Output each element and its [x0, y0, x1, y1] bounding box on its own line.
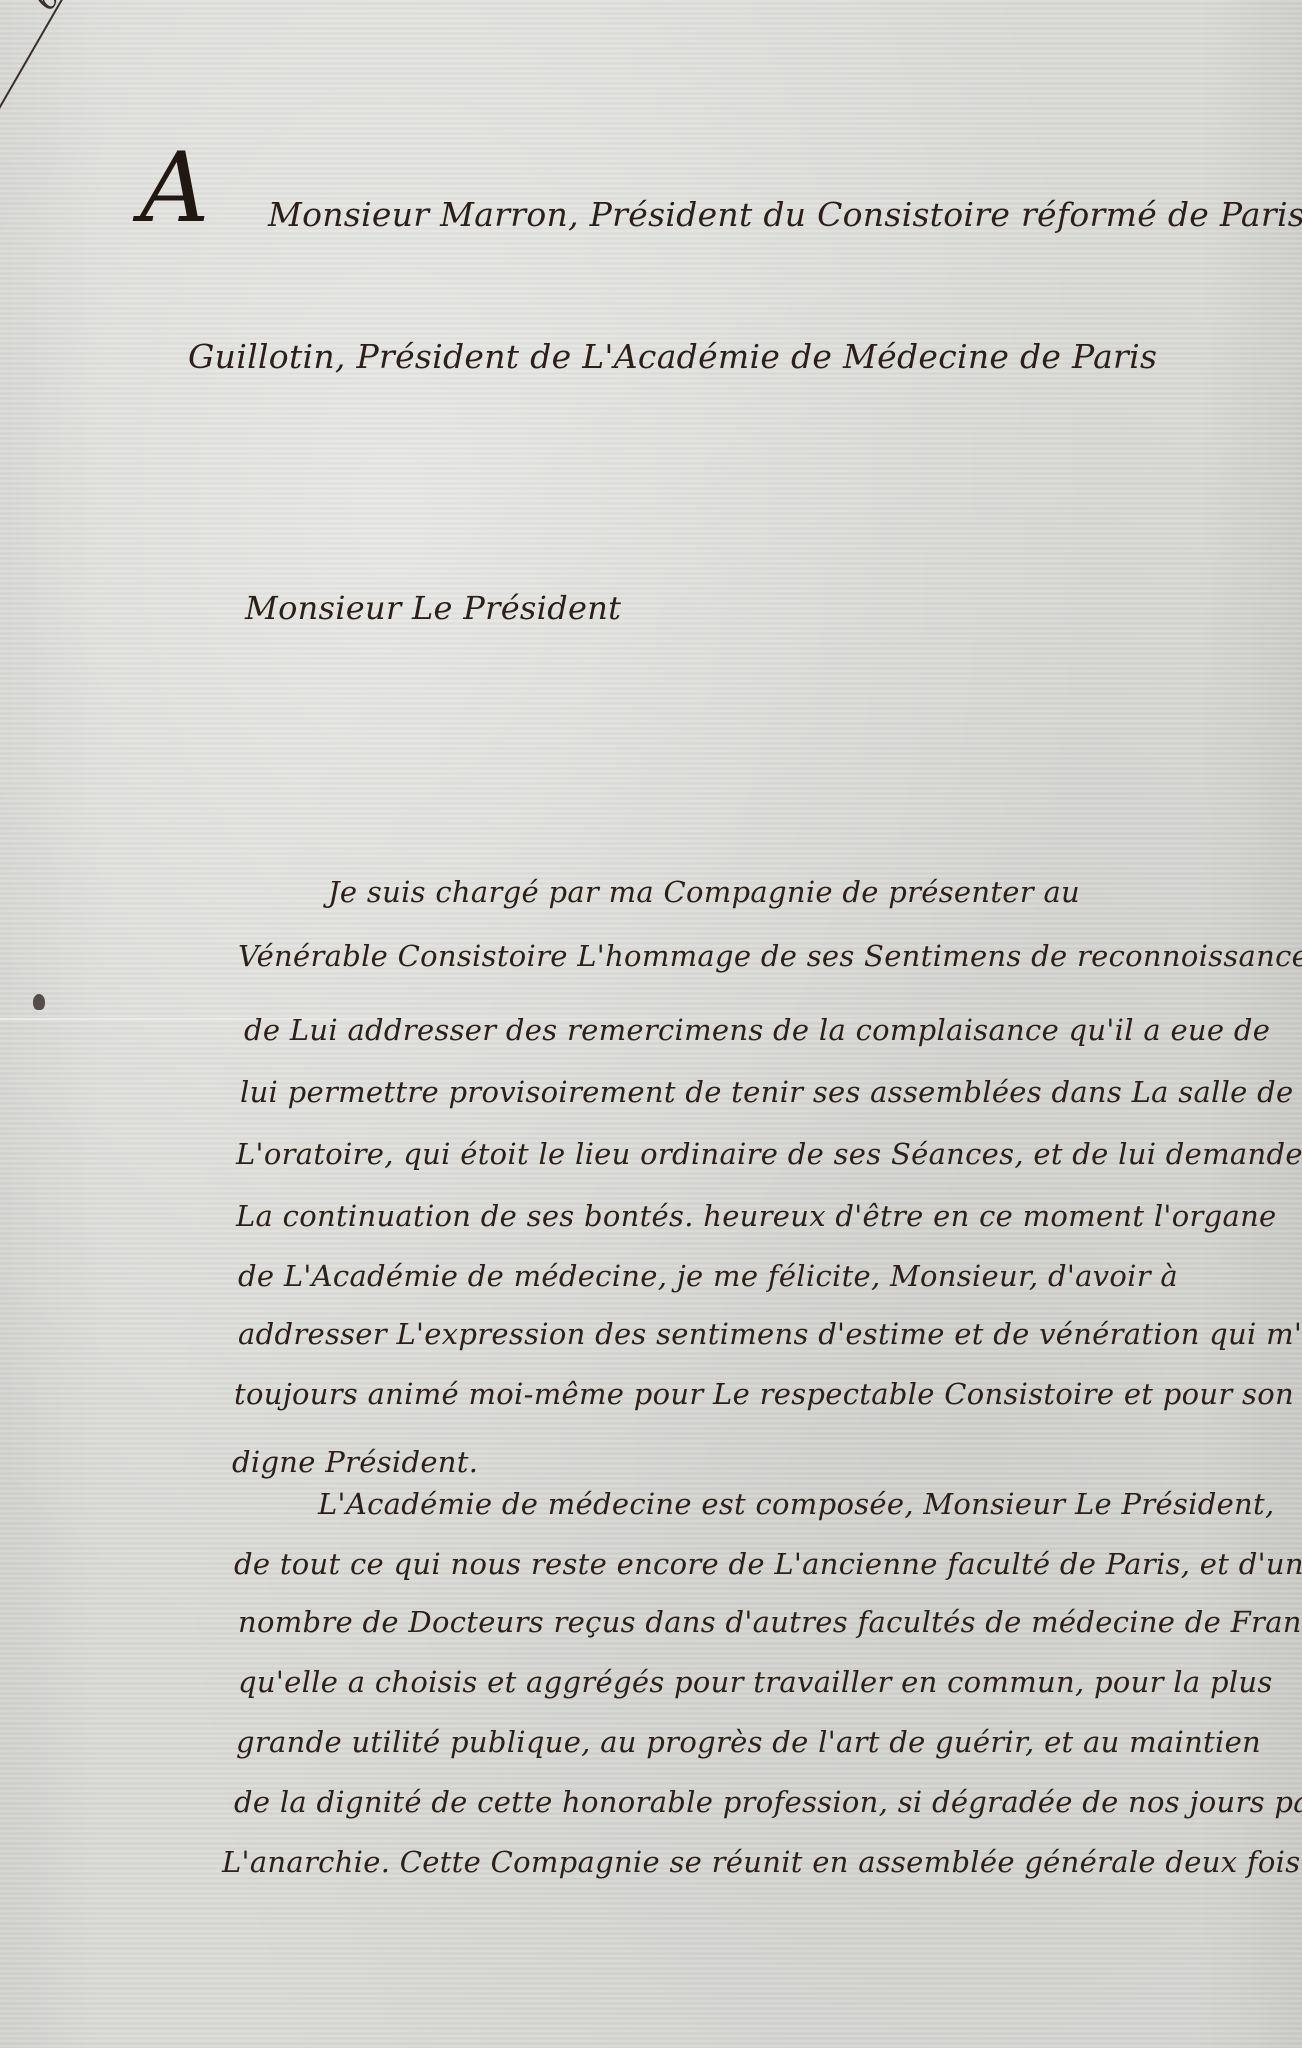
address-initial-letter: A [140, 140, 209, 236]
body-line: L'anarchie. Cette Compagnie se réunit en… [222, 1848, 1300, 1877]
body-line: Vénérable Consistoire L'hommage de ses S… [238, 942, 1302, 971]
body-line: grande utilité publique, au progrès de l… [236, 1728, 1261, 1757]
body-line: de tout ce qui nous reste encore de L'an… [234, 1550, 1302, 1579]
address-line-recipient: Monsieur Marron, Président du Consistoir… [268, 198, 1302, 231]
folio-number: 66 [30, 0, 75, 15]
body-line: de la dignité de cette honorable profess… [234, 1788, 1302, 1817]
body-line: La continuation de ses bontés. heureux d… [236, 1202, 1277, 1231]
body-line: qu'elle a choisis et aggrégés pour trava… [238, 1668, 1273, 1697]
body-line: L'Académie de médecine est composée, Mon… [318, 1490, 1275, 1519]
salutation: Monsieur Le Président [245, 592, 621, 624]
body-line: de L'Académie de médecine, je me félicit… [238, 1262, 1178, 1291]
body-line: digne Président. [232, 1448, 478, 1477]
body-line: nombre de Docteurs reçus dans d'autres f… [238, 1608, 1302, 1637]
address-line-sender: Guillotin, Président de L'Académie de Mé… [188, 340, 1157, 373]
body-line: Je suis chargé par ma Compagnie de prése… [328, 878, 1080, 907]
body-line: addresser L'expression des sentimens d'e… [238, 1320, 1302, 1349]
body-line: toujours animé moi-même pour Le respecta… [234, 1380, 1294, 1409]
ink-blot-mark [33, 994, 45, 1010]
corner-rule-line [0, 0, 73, 111]
body-line: L'oratoire, qui étoit le lieu ordinaire … [236, 1140, 1302, 1169]
body-line: de Lui addresser des remercimens de la c… [244, 1016, 1270, 1045]
body-line: lui permettre provisoirement de tenir se… [240, 1078, 1293, 1107]
